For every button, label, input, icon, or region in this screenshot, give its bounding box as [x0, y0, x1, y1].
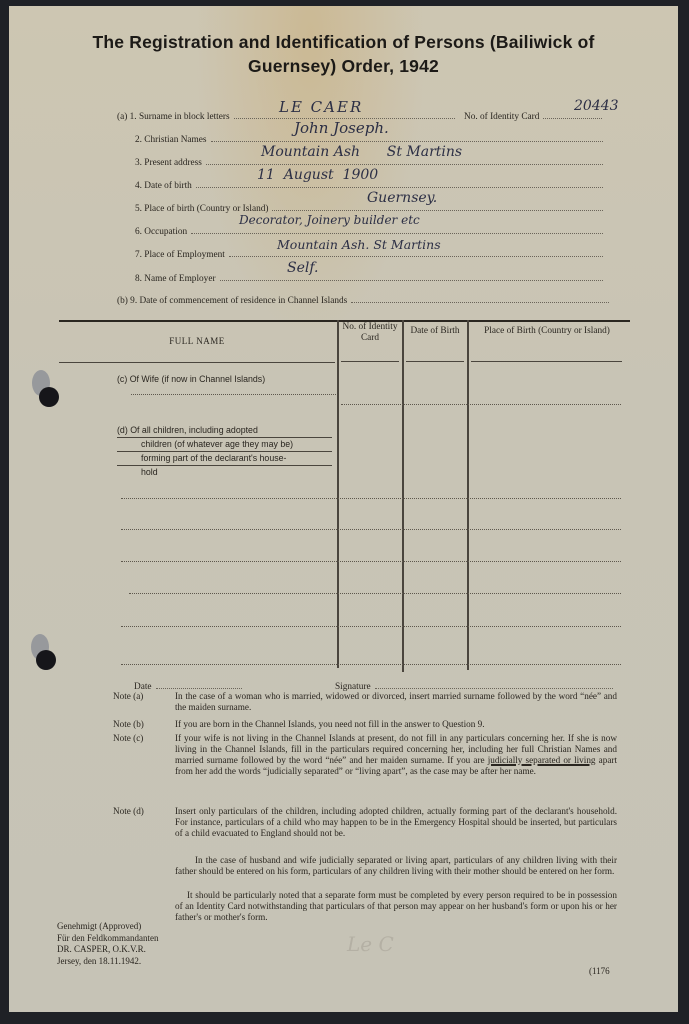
note-d: Note (d) Insert only particulars of the … — [113, 806, 617, 852]
note-d-paragraph-2: In the case of husband and wife judicial… — [175, 855, 617, 877]
field-signature[interactable]: Signature — [335, 676, 615, 692]
field-residence-commencement[interactable]: (b) 9. Date of commencement of residence… — [117, 290, 611, 306]
wife-name-line[interactable] — [131, 394, 336, 395]
punch-hole-lower — [36, 650, 56, 670]
note-d-paragraph-3: It should be particularly noted that a s… — [175, 890, 617, 923]
note-b: Note (b) If you are born in the Channel … — [113, 719, 617, 731]
column-divider-2 — [402, 320, 404, 672]
approval-line-2: Für den Feldkommandanten — [57, 933, 158, 945]
column-divider-1 — [337, 320, 339, 668]
identity-card-value: 20443 — [574, 98, 619, 114]
date-of-birth-value: 11 August 1900 — [257, 167, 378, 183]
name-of-employer-label: 8. Name of Employer — [135, 274, 216, 284]
note-a: Note (a) In the case of a woman who is m… — [113, 691, 617, 715]
note-c: Note (c) If your wife is not living in t… — [113, 733, 617, 801]
christian-names-dotted-line — [211, 141, 603, 142]
approval-line-4: Jersey, den 18.11.1942. — [57, 956, 158, 968]
children-label-line-2: children (of whatever age they may be) — [117, 438, 332, 452]
children-label-text-1: (d) Of all children, including adopted — [117, 424, 258, 437]
occupation-value: Decorator, Joinery builder etc — [239, 213, 420, 227]
header-identity-card: No. of Identity Card — [341, 322, 399, 343]
form-number: (1176 — [589, 966, 610, 976]
date-dotted-line — [156, 688, 242, 689]
name-of-employer-value: Self. — [287, 260, 319, 276]
note-d-text: Insert only particulars of the children,… — [175, 806, 617, 839]
present-address-dotted-line — [206, 164, 603, 165]
note-c-underlined-text: judicially separated or living — [488, 755, 596, 765]
header-underline-name — [59, 362, 335, 363]
date-of-birth-label: 4. Date of birth — [135, 181, 192, 191]
place-of-birth-dotted-line — [272, 210, 603, 211]
header-underline-id — [341, 361, 399, 362]
place-of-employment-dotted-line — [229, 256, 603, 257]
approval-stamp: Genehmigt (Approved) Für den Feldkommand… — [57, 921, 158, 967]
residence-commencement-label: 9. Date of commencement of residence in … — [130, 296, 347, 306]
approval-line-1: Genehmigt (Approved) — [57, 921, 158, 933]
child-row-6-line[interactable] — [121, 664, 621, 665]
place-of-employment-value: Mountain Ash. St Martins — [277, 237, 441, 252]
note-c-heading: Note (c) — [113, 733, 143, 744]
note-b-heading: Note (b) — [113, 719, 144, 730]
surname-label: 1. Surname in block letters — [130, 112, 230, 122]
registration-form-page: The Registration and Identification of P… — [9, 6, 678, 1012]
note-a-heading: Note (a) — [113, 691, 143, 702]
header-underline-dob — [406, 361, 464, 362]
name-of-employer-dotted-line — [220, 280, 603, 281]
child-row-4-line[interactable] — [129, 593, 621, 594]
place-of-employment-label: 7. Place of Employment — [135, 250, 225, 260]
punch-hole-upper — [39, 387, 59, 407]
child-row-5-line[interactable] — [121, 626, 621, 627]
signature-dotted-line — [375, 688, 613, 689]
section-a-prefix: (a) — [117, 112, 127, 122]
header-full-name: FULL NAME — [59, 336, 335, 347]
child-row-3-line[interactable] — [121, 561, 621, 562]
title-line-1: The Registration and Identification of P… — [9, 30, 678, 54]
note-a-text: In the case of a woman who is married, w… — [175, 691, 617, 713]
header-place-of-birth: Place of Birth (Country or Island) — [471, 326, 623, 337]
note-d-heading: Note (d) — [113, 806, 144, 817]
note-b-text: If you are born in the Channel Islands, … — [175, 719, 617, 730]
present-address-value: Mountain Ash St Martins — [261, 144, 462, 160]
field-name-of-employer[interactable]: 8. Name of Employer — [135, 268, 605, 284]
christian-names-value: John Joseph. — [294, 119, 389, 137]
faint-pencil-mark: Le C — [347, 932, 394, 956]
header-date-of-birth: Date of Birth — [406, 326, 464, 337]
column-divider-3 — [467, 320, 469, 670]
header-underline-pob — [471, 361, 622, 362]
field-date[interactable]: Date — [134, 676, 244, 692]
children-label-line-1: (d) Of all children, including adopted — [117, 424, 332, 438]
date-of-birth-dotted-line — [196, 187, 603, 188]
identity-card-label: No. of Identity Card — [464, 112, 539, 122]
children-row-label: (d) Of all children, including adopted c… — [117, 424, 332, 479]
present-address-label: 3. Present address — [135, 158, 202, 168]
section-b-prefix: (b) — [117, 296, 128, 306]
wife-row-label: (c) Of Wife (if now in Channel Islands) — [117, 374, 265, 384]
note-c-text: If your wife is not living in the Channe… — [175, 733, 617, 777]
wife-details-line[interactable] — [341, 404, 621, 405]
place-of-birth-value: Guernsey. — [367, 190, 437, 206]
form-title: The Registration and Identification of P… — [9, 30, 678, 78]
child-row-1-line[interactable] — [121, 498, 621, 499]
children-label-line-4: hold — [117, 466, 332, 479]
child-row-2-line[interactable] — [121, 529, 621, 530]
residence-commencement-dotted-line — [351, 302, 609, 303]
approval-line-3: DR. CASPER, O.K.V.R. — [57, 944, 158, 956]
title-line-2: Guernsey) Order, 1942 — [9, 54, 678, 78]
occupation-dotted-line — [191, 233, 603, 234]
christian-names-label: 2. Christian Names — [135, 135, 207, 145]
occupation-label: 6. Occupation — [135, 227, 187, 237]
identity-card-dotted-line — [543, 118, 602, 119]
children-label-line-3: forming part of the declarant's house- — [117, 452, 332, 466]
surname-value: LE CAER — [279, 98, 363, 116]
